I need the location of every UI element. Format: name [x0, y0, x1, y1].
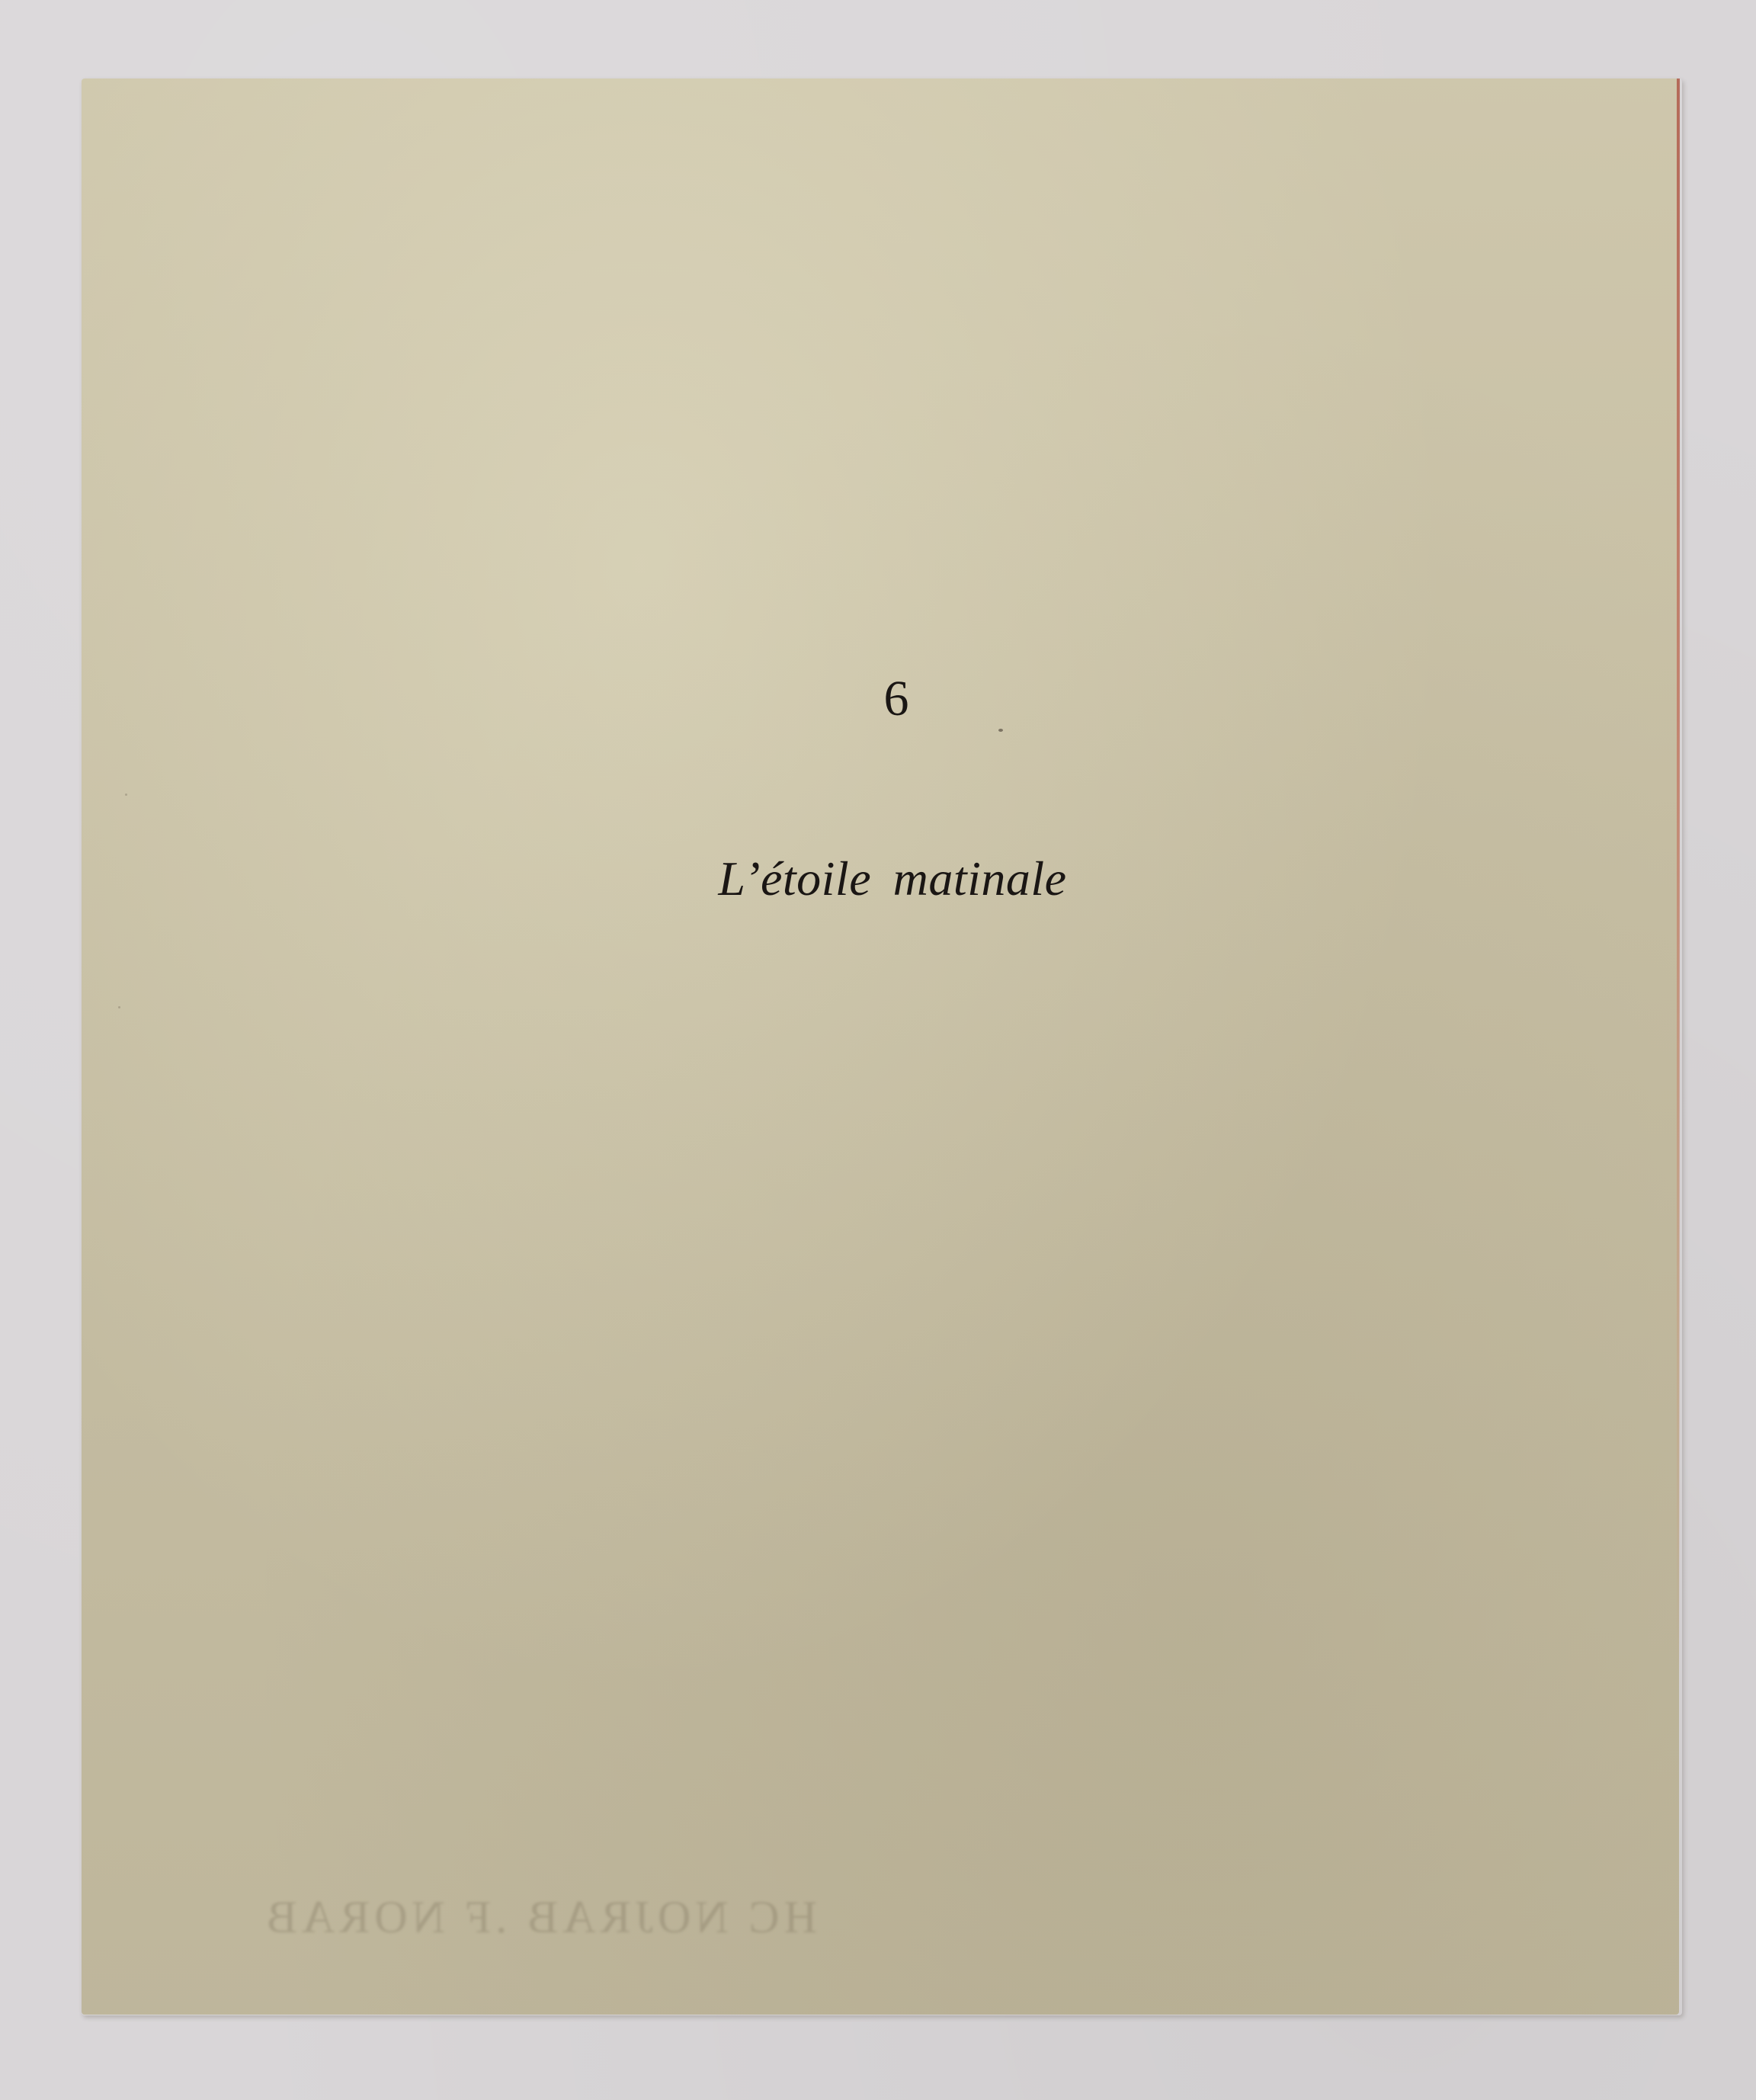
chapter-title: L’étoile matinale	[82, 854, 1679, 903]
bleed-through-text: HC NOJRAB .F NORAB	[262, 1891, 817, 1944]
chapter-number: 6	[82, 674, 1679, 724]
paper-speck	[118, 1006, 120, 1008]
paper-sheet: 6 L’étoile matinale HC NOJRAB .F NORAB	[82, 79, 1679, 2015]
paper-speck	[998, 729, 1003, 732]
paper-edge-accent	[1677, 79, 1680, 1679]
paper-speck	[125, 794, 127, 796]
